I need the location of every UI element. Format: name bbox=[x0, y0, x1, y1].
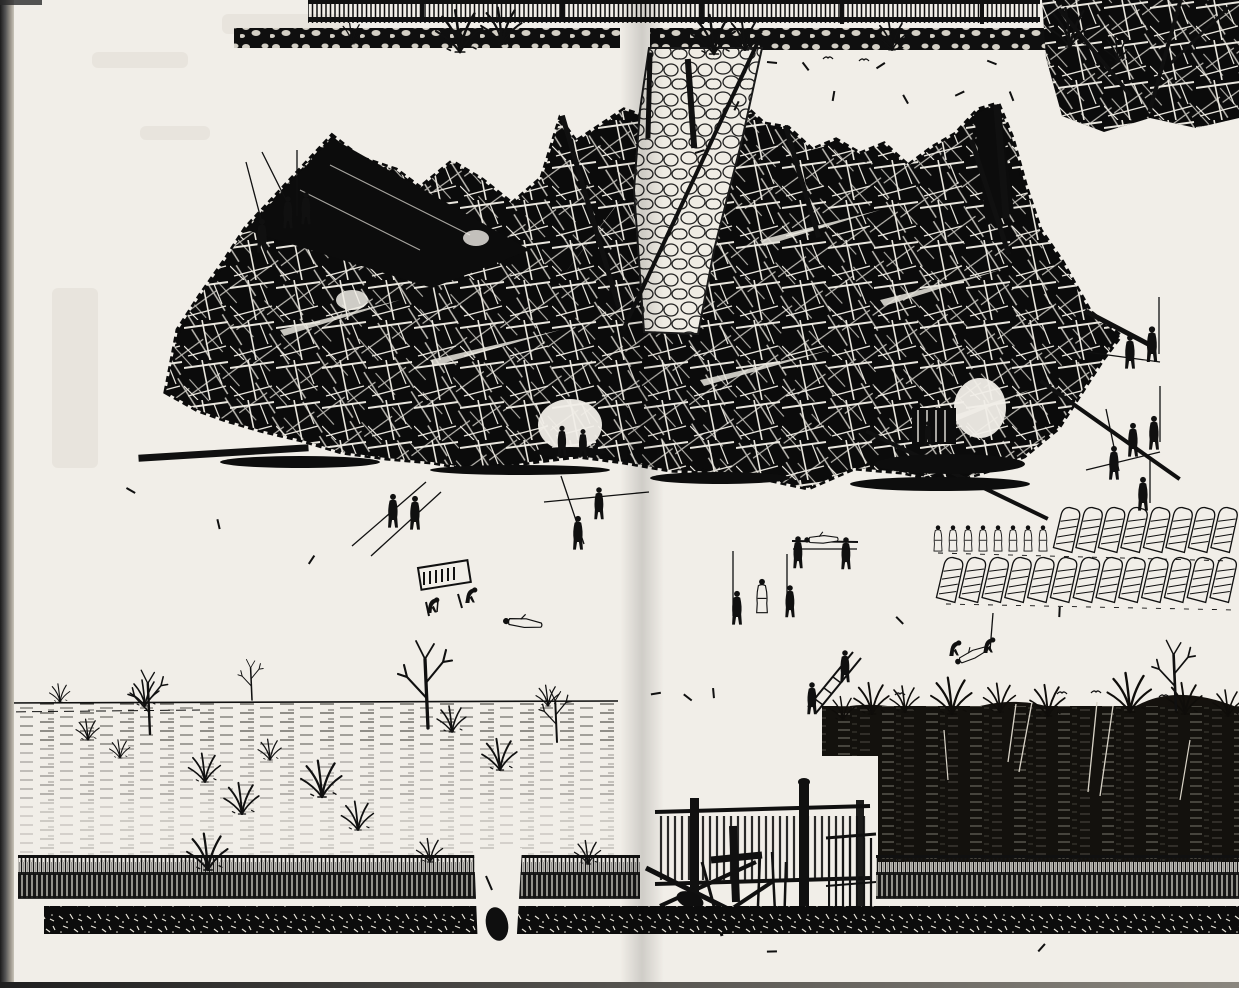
ghost-blob bbox=[52, 288, 98, 468]
lying-body bbox=[804, 531, 838, 544]
burnt-dark-field-right bbox=[822, 695, 1239, 862]
debris-speck bbox=[767, 62, 777, 63]
debris-speck bbox=[896, 617, 904, 624]
debris-speck bbox=[683, 694, 692, 700]
figure bbox=[807, 682, 816, 714]
top-left-edge-mark bbox=[0, 0, 42, 5]
collapsed-ruin-top-right bbox=[1042, 0, 1239, 132]
victim-figure bbox=[1009, 525, 1017, 551]
victim-figure bbox=[964, 525, 972, 551]
victim-figure bbox=[949, 525, 957, 551]
bird-icon bbox=[1091, 691, 1101, 693]
spread-artwork bbox=[0, 0, 1239, 988]
debris-speck bbox=[876, 62, 884, 69]
debris-speck bbox=[1059, 607, 1061, 617]
figure bbox=[410, 496, 420, 530]
top-plank-fence bbox=[308, 0, 1040, 24]
grass-clump bbox=[50, 684, 70, 702]
prop-line bbox=[824, 688, 832, 694]
victim-figure bbox=[1039, 525, 1047, 551]
prop-line bbox=[1086, 452, 1160, 470]
debris-speck bbox=[987, 61, 997, 65]
laid-out-victims-row bbox=[934, 525, 1047, 551]
bird-icon bbox=[1057, 692, 1067, 694]
lying-bodies bbox=[503, 531, 990, 666]
figure bbox=[1138, 477, 1148, 511]
victim-figure bbox=[979, 525, 987, 551]
left-page-edge bbox=[0, 0, 14, 988]
spear bbox=[371, 492, 441, 556]
prop-line bbox=[458, 594, 462, 608]
figure-robe bbox=[757, 579, 768, 613]
prop-line bbox=[833, 677, 841, 683]
spear bbox=[990, 613, 993, 651]
bottom-page-edge bbox=[0, 982, 1239, 988]
debris-speck bbox=[712, 688, 715, 698]
figure bbox=[1109, 446, 1119, 480]
figure bbox=[594, 487, 603, 519]
victim-figure bbox=[994, 525, 1002, 551]
debris-speck bbox=[902, 95, 909, 104]
manga-spread-page bbox=[0, 0, 1239, 988]
debris-speck bbox=[767, 950, 777, 952]
prop-rect bbox=[418, 560, 471, 590]
lying-body bbox=[503, 612, 543, 629]
victim-figure bbox=[1024, 525, 1032, 551]
victim-figure bbox=[934, 525, 942, 551]
figure bbox=[1147, 326, 1157, 362]
debris-speck bbox=[833, 91, 835, 101]
lattice-doorway bbox=[912, 408, 956, 444]
ghost-blob bbox=[140, 126, 210, 140]
debris-speck bbox=[955, 91, 964, 97]
figure-bent bbox=[983, 637, 995, 653]
figure bbox=[1125, 335, 1135, 369]
page-damage-white-tear bbox=[474, 848, 522, 950]
figure bbox=[1128, 423, 1138, 457]
ghost-blob bbox=[92, 52, 188, 68]
center-gutter-shadow bbox=[620, 0, 664, 988]
figure-bent bbox=[465, 587, 477, 603]
debris-speck bbox=[1038, 943, 1045, 952]
debris-speck bbox=[802, 62, 810, 70]
debris-speck bbox=[126, 488, 136, 493]
dead-tree bbox=[238, 659, 263, 700]
debris-speck bbox=[309, 555, 315, 564]
debris-gap-white bbox=[538, 399, 602, 451]
debris-speck bbox=[1009, 92, 1014, 101]
debris-speck bbox=[216, 519, 220, 529]
figure bbox=[1149, 416, 1159, 450]
bird-icon bbox=[859, 59, 869, 61]
figure bbox=[388, 494, 398, 528]
figure-bent bbox=[949, 640, 961, 656]
bird-icon bbox=[823, 57, 833, 59]
figure bbox=[573, 516, 583, 550]
prop-line bbox=[946, 604, 1236, 610]
